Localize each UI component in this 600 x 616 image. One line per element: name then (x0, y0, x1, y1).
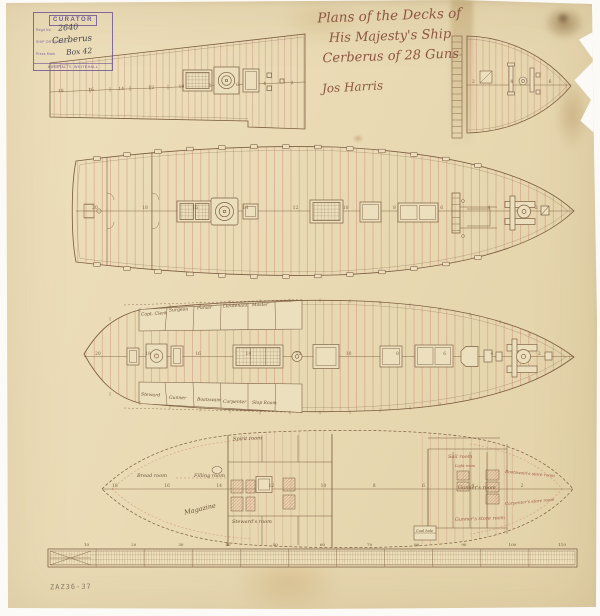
cabin-label: Slop Room (252, 402, 277, 407)
stamp-reg-value: 2640 (58, 22, 79, 32)
room-label: Bread room (137, 474, 167, 479)
stamp-reg-label: Regd No. (36, 28, 52, 32)
scale-number: 30 (178, 542, 183, 547)
scanned-ship-plan-sheet: CURATOR Regd No. SHIP OR SUBJECT Press M… (0, 0, 600, 616)
cabin-label: Purser (197, 307, 212, 312)
scale-number: 90 (461, 542, 466, 547)
cabin-label: Steward (141, 394, 160, 399)
paper-sheet: CURATOR Regd No. SHIP OR SUBJECT Press M… (0, 0, 600, 616)
room-label: Gunner's room (458, 486, 496, 491)
forecastle-station-numbers: 2 4 6 (472, 81, 551, 86)
scale-number: 50 (273, 542, 278, 547)
lower-deck-station-numbers: 20 18 16 14 12 10 8 6 4 2 (95, 353, 541, 358)
stamp-ship-value: Cerberus (52, 34, 93, 47)
cabin-label: Master (252, 304, 268, 309)
upper-deck-station-numbers: 20 18 16 14 12 10 8 6 4 2 (92, 207, 538, 212)
stamp-press-value: Box 42 (66, 46, 93, 57)
cabin-label: Gunner (169, 397, 186, 402)
archive-reference: ZAZ36-37 (50, 583, 92, 592)
title-line-2: His Majesty's Ship (292, 26, 488, 48)
drawing-title: Plans of the Decks of His Majesty's Ship… (291, 5, 489, 68)
stamp-press-label: Press Mark (36, 52, 55, 56)
cabin-label: Boatswain (197, 399, 221, 404)
scale-numbers: 10 20 30 40 50 60 70 80 90 100 110 (84, 542, 566, 547)
scale-number: 40 (226, 542, 231, 547)
room-label: Sail room (448, 455, 472, 460)
scale-number: 20 (131, 542, 136, 547)
room-label: Spirit room (233, 436, 262, 442)
scale-bar (48, 549, 577, 567)
cabin-label: Lieutenant (223, 305, 248, 310)
cabin-label: Carpenter (223, 401, 246, 406)
room-label: Filling room (194, 474, 225, 479)
scale-number: 80 (414, 542, 419, 547)
curator-stamp: CURATOR Regd No. SHIP OR SUBJECT Press M… (33, 12, 113, 71)
scale-number: 60 (320, 542, 325, 547)
room-label: Steward's room (232, 520, 272, 525)
room-label: Light room (455, 465, 475, 469)
stamp-footer: ADMIRALTY, WHITEHALL (34, 63, 112, 69)
room-label: Coal hole (416, 530, 433, 534)
upper-deck-plan (72, 145, 574, 279)
scale-number: 100 (509, 542, 517, 547)
scale-number: 110 (558, 542, 566, 547)
scale-number: 70 (367, 542, 372, 547)
scale-number: 10 (84, 542, 89, 547)
